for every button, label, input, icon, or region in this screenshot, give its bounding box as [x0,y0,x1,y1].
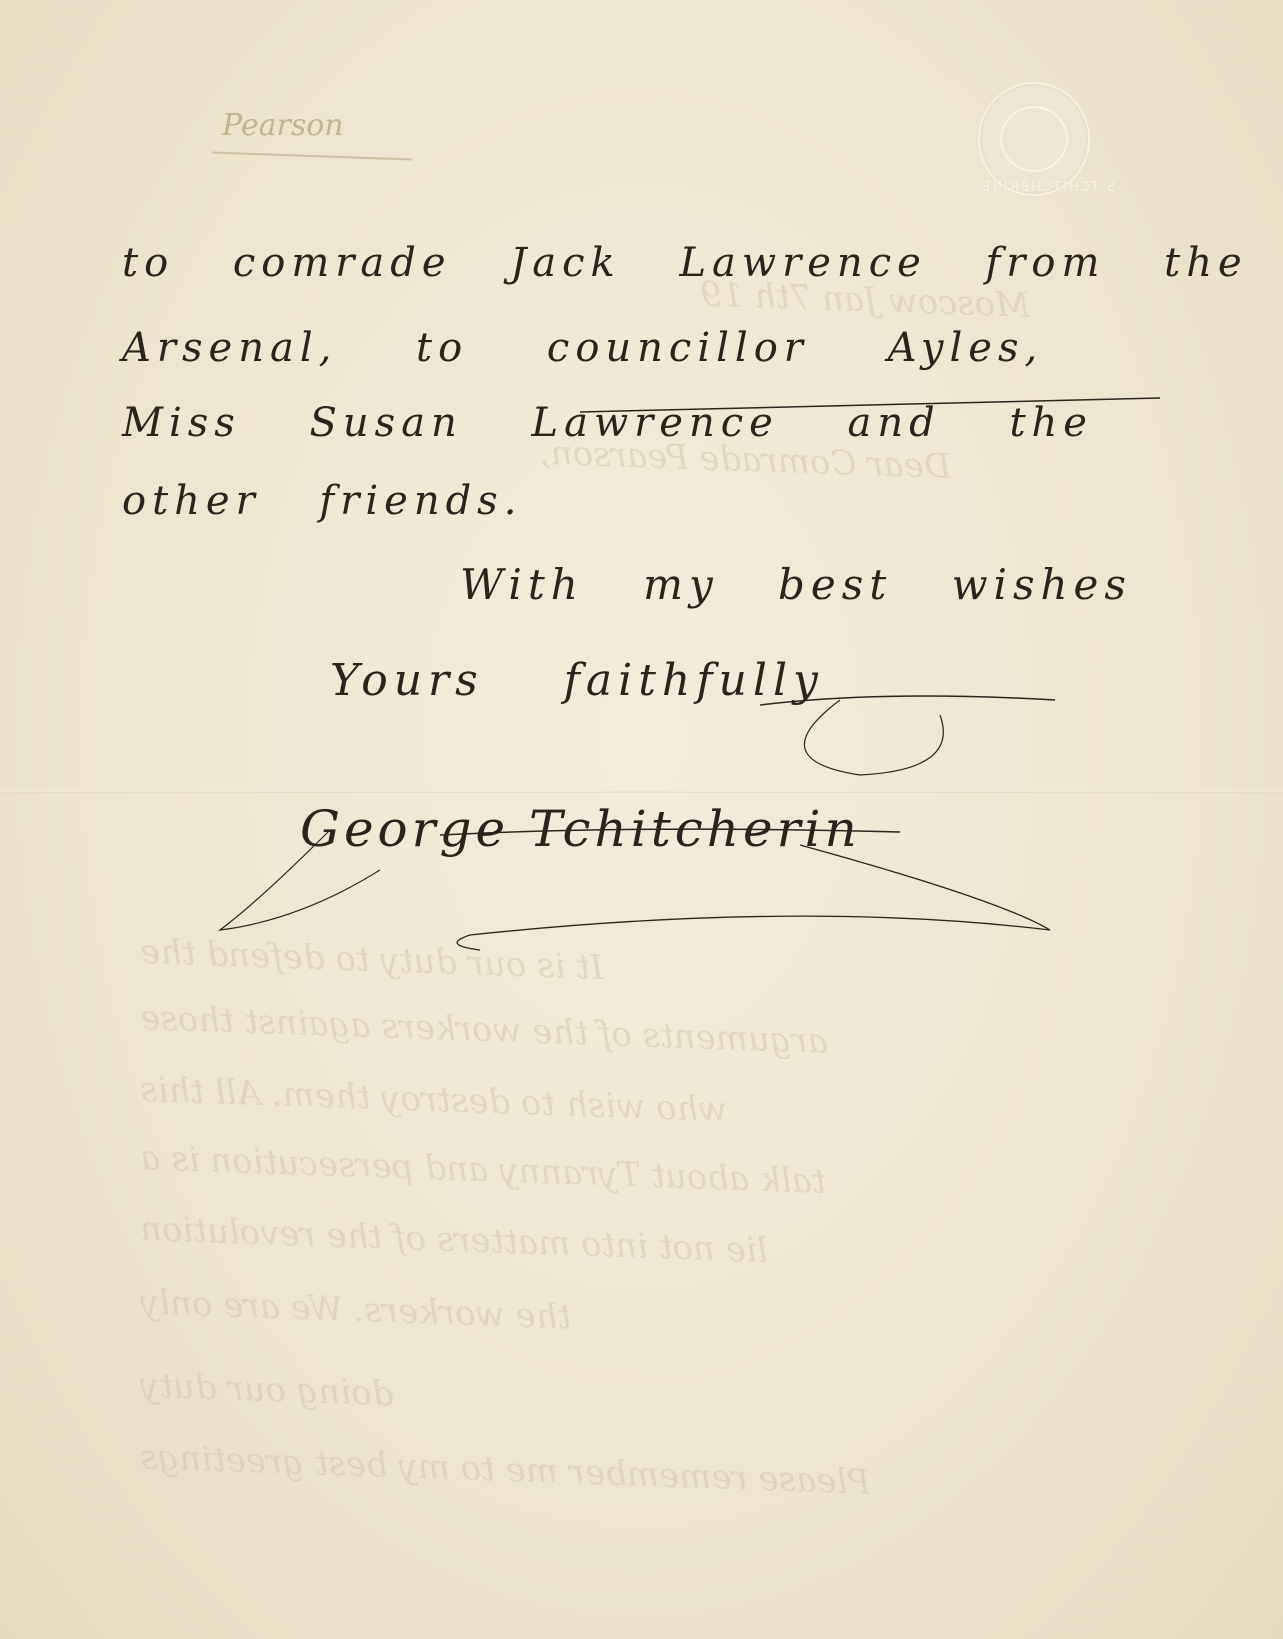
signature-flourish-icon [0,0,1283,1639]
